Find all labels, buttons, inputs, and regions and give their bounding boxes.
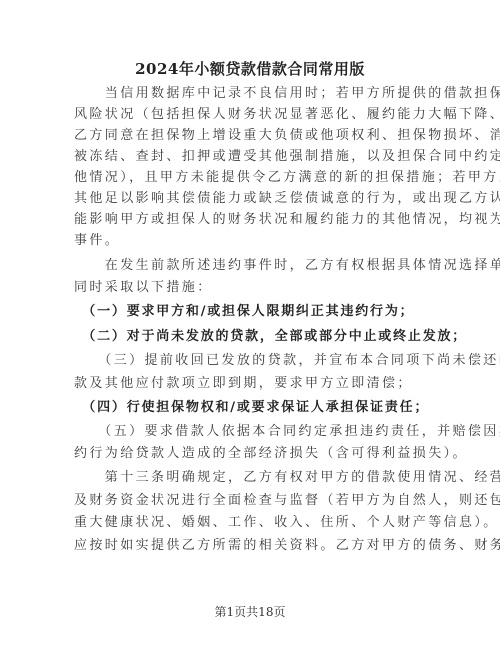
body-line: 重大健康状况、婚姻、工作、收入、住所、个人财产等信息）。甲方 (74, 515, 424, 531)
measure-item-2: （二）对于尚未发放的贷款，全部或部分中止或终止发放； (74, 329, 424, 345)
body-line: 及财务资金状况进行全面检查与监督（若甲方为自然人，则还包括其 (74, 493, 424, 509)
measure-item-3: （三）提前收回已发放的贷款，并宣布本合同项下尚未偿还的借 (74, 353, 424, 369)
document-title: 2024年小额贷款借款合同常用版 (0, 58, 500, 79)
body-line: 当信用数据库中记录不良信用时；若甲方所提供的借款担保出现 (74, 86, 424, 102)
body-line: 其他足以影响其偿债能力或缺乏偿债诚意的行为，或出现乙方认为可 (74, 191, 424, 207)
body-line: 在发生前款所述违约事件时，乙方有权根据具体情况选择单独或 (74, 258, 424, 274)
measure-item-5: （五）要求借款人依据本合同约定承担违约责任，并赔偿因其违 (74, 424, 424, 440)
measure-item-1: （一）要求甲方和/或担保人限期纠正其违约行为； (74, 304, 424, 320)
body-line: 事件。 (74, 233, 424, 249)
body-line: 能影响甲方或担保人的财务状况和履约能力的其他情况，均视为违约 (74, 212, 424, 228)
body-line: 第十三条明确规定，乙方有权对甲方的借款使用情况、经营情况 (74, 470, 424, 486)
measure-item-4: （四）行使担保物权和/或要求保证人承担保证责任； (74, 400, 424, 416)
body-line: 被冻结、查封、扣押或遭受其他强制措施，以及担保合同中约定的其 (74, 149, 424, 165)
body-line: 风险状况（包括担保人财务状况显著恶化、履约能力大幅下降、未经 (74, 107, 424, 123)
body-line: 同时采取以下措施： (74, 280, 424, 296)
body-line: 约行为给贷款人造成的全部经济损失（含可得利益损失）。 (74, 446, 424, 462)
body-line: 款及其他应付款项立即到期，要求甲方立即清偿； (74, 376, 424, 392)
page-number: 第1页共18页 (0, 603, 500, 620)
body-line: 应按时如实提供乙方所需的相关资料。乙方对甲方的债务、财务、生 (74, 538, 424, 554)
body-line: 他情况），且甲方未能提供令乙方满意的新的担保措施；若甲方发生 (74, 170, 424, 186)
body-line: 乙方同意在担保物上增设重大负债或他项权利、担保物损坏、消失、 (74, 128, 424, 144)
